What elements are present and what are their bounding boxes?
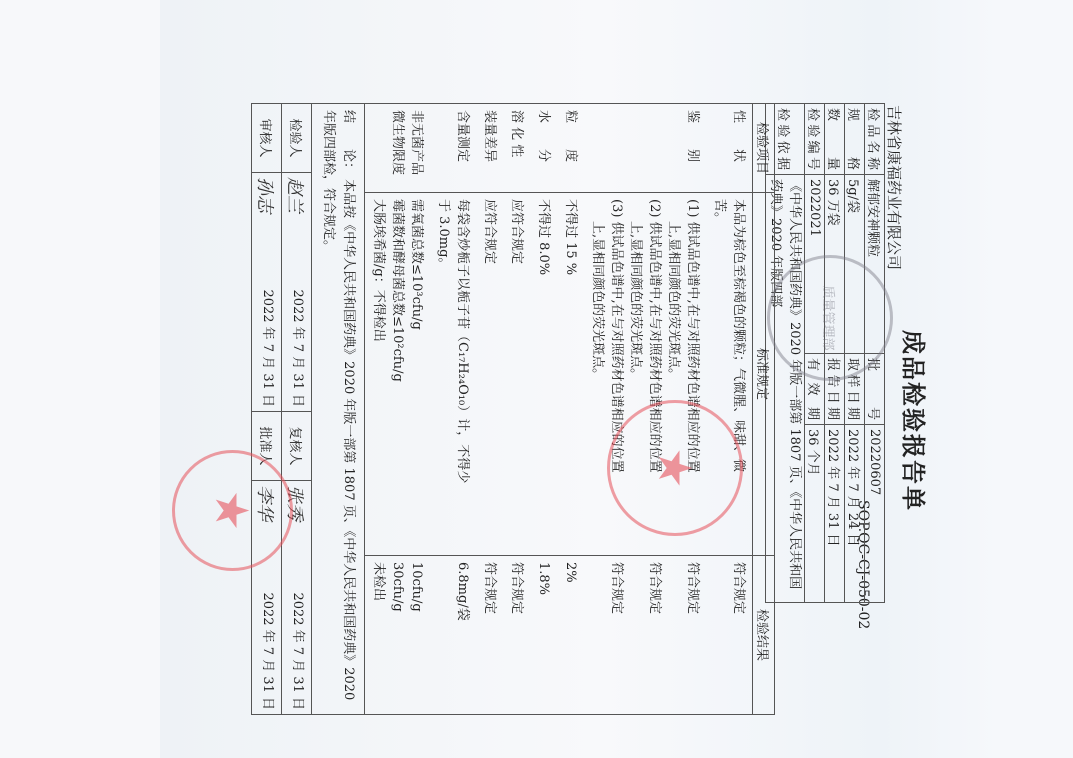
- conclusion-cell: 结 论： 本品按《中华人民共和国药典》2020 年版一部第 1807 页、《中华…: [312, 104, 365, 715]
- result-line: 10cfu/g: [407, 562, 426, 708]
- conclusion-text: 本品按《中华人民共和国药典》2020 年版一部第 1807 页、《中华人民共和国…: [321, 110, 356, 700]
- table-row: 含量测定每袋含炒栀子以栀子苷（C₁₇H₂₄O₁₀）计，不得少于 3.0mg。6.…: [430, 104, 476, 715]
- result-line: [664, 562, 683, 708]
- result-line: 符合规定: [607, 562, 626, 708]
- standard-line: 应符合规定: [480, 199, 499, 549]
- standard-line: 不得过 15 %: [561, 199, 580, 549]
- result-line: 未检出: [369, 562, 388, 708]
- inspector-label: 检验人: [282, 104, 312, 173]
- test-result: 6.8mg/袋: [430, 556, 476, 715]
- standard-spec: 不得过 15 %: [557, 193, 584, 556]
- auditor-signature: 孙志: [255, 177, 276, 213]
- auditor-date: 2022 年 7 月 31 日: [261, 289, 280, 407]
- quantity-label: 数 量: [825, 104, 845, 175]
- test-result: 符合规定: [706, 556, 753, 715]
- standard-line: 应符合规定: [507, 199, 526, 549]
- test-result: 符合规定: [503, 556, 530, 715]
- result-line: 符合规定: [683, 562, 702, 708]
- red-star-seal-lower: ★: [172, 450, 293, 571]
- inspector-cell: 赵兰 2022 年 7 月 31 日: [282, 173, 312, 412]
- table-row: 水 分不得过 8.0%1.8%: [530, 104, 557, 715]
- standard-line: 不得过 8.0%: [534, 199, 553, 549]
- inspector-signature: 赵兰: [285, 177, 306, 213]
- standard-line: 大肠埃希菌/g：不得检出: [369, 199, 388, 549]
- table-row: 非无菌产品微生物限度需氧菌总数≤10³cfu/g霉菌数和酵母菌总数≤10²cfu…: [365, 104, 431, 715]
- result-line: 符合规定: [729, 562, 748, 708]
- test-item: 粒 度: [557, 104, 584, 193]
- result-line: 符合规定: [480, 562, 499, 708]
- test-item: 鉴 别: [584, 104, 706, 193]
- spec-label: 规 格: [845, 104, 865, 175]
- standard-spec: 不得过 8.0%: [530, 193, 557, 556]
- standard-spec: 需氧菌总数≤10³cfu/g霉菌数和酵母菌总数≤10²cfu/g大肠埃希菌/g：…: [365, 193, 431, 556]
- table-row: 性 状本品为棕色至棕褐色的颗粒；气微腥、味甜、微苦。符合规定: [706, 104, 753, 715]
- auditor-label: 审核人: [252, 104, 282, 173]
- validity: 36 个月: [805, 425, 825, 603]
- test-item: 性 状: [706, 104, 753, 193]
- standard-line: 上,显相同颜色的荧光斑点。: [588, 199, 607, 549]
- inspector-date: 2022 年 7 月 31 日: [291, 289, 310, 407]
- result-line: 符合规定: [645, 562, 664, 708]
- standard-spec: 每袋含炒栀子以栀子苷（C₁₇H₂₄O₁₀）计，不得少于 3.0mg。: [430, 193, 476, 556]
- standard-line: 霉菌数和酵母菌总数≤10²cfu/g: [388, 199, 407, 549]
- standard-line: 需氧菌总数≤10³cfu/g: [407, 199, 426, 549]
- standard-spec: 应符合规定: [476, 193, 503, 556]
- table-row: 粒 度不得过 15 %2%: [557, 104, 584, 715]
- standard-line: 每袋含炒栀子以栀子苷（C₁₇H₂₄O₁₀）计，不得少: [453, 199, 472, 549]
- star-icon: ★: [648, 447, 702, 488]
- rechecker-label: 复核人: [282, 412, 312, 481]
- result-line: 2%: [561, 562, 580, 708]
- test-item: 装量差异: [476, 104, 503, 193]
- test-item: 非无菌产品微生物限度: [365, 104, 431, 193]
- company-name: 吉林省康福药业有限公司: [884, 105, 905, 270]
- test-item: 溶 化 性: [503, 104, 530, 193]
- report-title: 成品检验报告单: [898, 330, 933, 512]
- report-date: 2022 年 7 月 31 日: [825, 425, 845, 603]
- table-row: 溶 化 性应符合规定符合规定: [503, 104, 530, 715]
- col-header-standard: 标准规定: [753, 193, 775, 556]
- standard-spec: 应符合规定: [503, 193, 530, 556]
- red-star-seal-upper: ★: [607, 400, 743, 536]
- result-line: 符合规定: [507, 562, 526, 708]
- standard-line: 于 3.0mg。: [434, 199, 453, 549]
- approver-date: 2022 年 7 月 31 日: [261, 592, 280, 710]
- conclusion-label: 结 论：: [341, 110, 356, 175]
- col-header-result: 检验结果: [753, 556, 775, 715]
- signature-table: 检验人 赵兰 2022 年 7 月 31 日 复核人 张秀 2022 年 7 月…: [251, 103, 312, 715]
- star-icon: ★: [206, 490, 260, 531]
- test-result: 符合规定 符合规定 符合规定: [584, 556, 706, 715]
- sampling-date: 2022 年 7 月 24 日: [845, 425, 865, 603]
- table-row: 装量差异应符合规定符合规定: [476, 104, 503, 715]
- test-item: 含量测定: [430, 104, 476, 193]
- inspection-report-page: 成品检验报告单 SOP.QC-CJ-050-02 吉林省康福药业有限公司 检品名…: [0, 0, 1073, 758]
- batch-number: 20220607: [865, 425, 885, 603]
- auditor-cell: 孙志 2022 年 7 月 31 日: [252, 173, 282, 412]
- test-number-label: 检验编号: [805, 104, 825, 175]
- test-result: 10cfu/g30cfu/g未检出: [365, 556, 431, 715]
- col-header-item: 检验项目: [753, 104, 775, 193]
- test-result: 2%: [557, 556, 584, 715]
- test-item: 水 分: [530, 104, 557, 193]
- test-result: 符合规定: [476, 556, 503, 715]
- result-line: [626, 562, 645, 708]
- rechecker-date: 2022 年 7 月 31 日: [291, 592, 310, 710]
- result-line: 30cfu/g: [388, 562, 407, 708]
- result-line: 1.8%: [534, 562, 553, 708]
- result-line: 6.8mg/袋: [453, 562, 472, 708]
- quality-seal-text: 质量管理部: [821, 285, 840, 350]
- product-name-label: 检品名称: [865, 104, 885, 175]
- test-result: 1.8%: [530, 556, 557, 715]
- quality-dept-seal: 质量管理部: [767, 255, 893, 381]
